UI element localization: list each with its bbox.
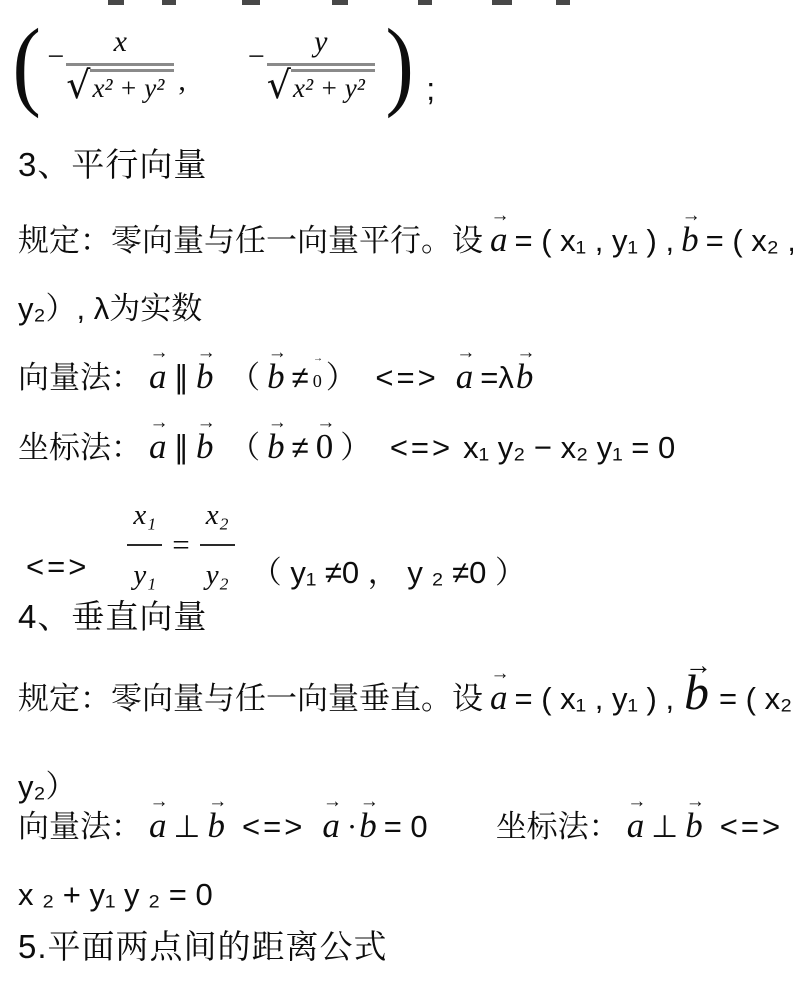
neq-symbol: ≠ [292,430,309,465]
coord-result: x₁ y₂ − x₂ y₁ = 0 [463,430,675,465]
numerator: x₂ [200,492,235,544]
vector-arrow-icon: → [268,343,287,362]
vector-a: →a [149,804,167,850]
coord-method-label: 坐标法： [496,809,620,844]
vector-arrow-icon: → [197,413,216,432]
vector-a: →a [627,804,645,850]
denominator-sqrt: √ x² + y² [66,66,174,104]
rule-text: 规定：零向量与任一向量垂直。设 [18,681,483,716]
parallel-symbol: ∥ [174,360,190,395]
close-paren: ） [340,430,371,465]
comma: , [178,64,186,98]
vector-arrow-icon: → [313,354,323,364]
equals-sign: = [172,522,189,568]
vector-arrow-icon: → [268,413,287,432]
clipped-text-artifact [332,0,348,5]
vector-zero: →0 [316,425,334,471]
section-4-rule-line: 规定：零向量与任一向量垂直。设→a= ( x₁ , y₁ ) ,→b= ( x₂… [18,668,793,722]
vector-b: →b [267,355,285,401]
vector-arrow-icon: → [197,343,216,362]
section-5-heading: 5.平面两点间的距离公式 [18,924,388,970]
section-4-overflow-line: x ₂ + y₁ y ₂ = 0 [18,872,213,918]
vector-arrow-icon: → [682,206,701,225]
iff-symbol: <=> [242,809,305,844]
vector-arrow-icon: → [516,343,535,362]
vector-a: →a [322,804,340,850]
clipped-text-artifact [556,0,570,5]
close-paren: ） [326,360,357,395]
iff-symbol: <=> [375,360,438,395]
open-paren: （ [229,360,260,395]
vector-b: →b [681,218,699,264]
section-3-coord-method: 坐标法：→a∥→b （→b≠→0） <=>x₁ y₂ − x₂ y₁ = 0 [18,425,675,471]
vector-arrow-icon: → [208,792,227,811]
vector-a: →a [149,425,167,471]
section-3-equiv-line: <=> x₁ y₁ = x₂ y₂ （ y₁ ≠0 ， y ₂ ≠0 ） [16,492,526,598]
a-definition: = ( x₁ , y₁ ) , [515,681,675,716]
unit-vector-formula: ( − x √ x² + y² , − y √ x² + y² ) ; [10,8,435,120]
sqrt-icon: √ [267,66,291,104]
lambda-symbol: λ [498,360,514,395]
b-definition: = ( x₂ , [706,223,793,258]
section-4-heading: 4、垂直向量 [18,594,207,640]
perp-symbol: ⊥ [174,809,201,844]
equiv-conditions: （ y₁ ≠0 ， y ₂ ≠0 ） [251,550,526,596]
vector-a: →a [490,676,508,722]
vector-arrow-icon: → [456,343,475,362]
iff-symbol: <=> [26,544,89,590]
denominator: y₂ [200,544,235,598]
vector-method-label: 向量法： [18,809,142,844]
sqrt-icon: √ [66,66,90,104]
vector-a: →a [456,355,474,401]
numerator-x: x [114,25,127,63]
clipped-text-artifact [418,0,432,5]
vector-zero-small: →0 [313,360,322,406]
perp-symbol: ⊥ [651,809,678,844]
iff-symbol: <=> [390,430,453,465]
rule-text: 规定：零向量与任一向量平行。设 [18,223,483,258]
neq-symbol: ≠ [292,360,309,395]
vector-method-label: 向量法： [18,360,142,395]
dot-product-symbol: · [347,809,357,844]
vector-result: = 0 [384,809,428,844]
vector-b: →b [196,355,214,401]
clipped-text-artifact [492,0,512,5]
numerator-y: y [314,25,327,63]
vector-b: →b [196,425,214,471]
radicand: x² + y² [90,69,174,104]
close-paren: ) [385,14,413,114]
vector-arrow-icon: → [685,652,712,679]
vector-b: →b [685,804,703,850]
math-notes-page: ( − x √ x² + y² , − y √ x² + y² ) ; 3、平行… [0,0,793,991]
b-definition: = ( x₂ , [719,681,793,716]
semicolon: ; [426,71,435,108]
vector-arrow-icon: → [627,792,646,811]
vector-arrow-icon: → [360,792,379,811]
vector-arrow-icon: → [150,413,169,432]
minus-sign: − [248,40,265,74]
fraction-y-over-sqrt: y √ x² + y² [267,25,375,104]
fraction-x1-y1: x₁ y₁ [127,492,162,598]
vector-arrow-icon: → [491,206,510,225]
vector-arrow-icon: → [491,664,510,683]
radicand: x² + y² [291,69,375,104]
iff-symbol: <=> [720,809,783,844]
open-paren: （ [229,430,260,465]
coord-method-label: 坐标法： [18,430,142,465]
section-3-vector-method: 向量法：→a∥→b （→b≠→0） <=>→a=λ→b [18,355,540,406]
vector-b: →b [208,804,226,850]
equals-sign: = [480,360,498,395]
vector-b: →b [359,804,377,850]
denominator-sqrt: √ x² + y² [267,66,375,104]
section-3-heading: 3、平行向量 [18,142,207,188]
vector-arrow-icon: → [323,792,342,811]
open-paren: ( [12,14,40,114]
parallel-symbol: ∥ [174,430,190,465]
vector-a: →a [149,355,167,401]
vector-arrow-icon: → [686,792,705,811]
vector-b: →b [267,425,285,471]
clipped-text-artifact [162,0,176,5]
vector-arrow-icon: → [150,792,169,811]
minus-sign: − [47,40,64,74]
vector-a: →a [490,218,508,264]
section-3-rule-line: 规定：零向量与任一向量平行。设→a= ( x₁ , y₁ ) ,→b= ( x₂… [18,218,793,264]
section-3-wrap-line: y₂）, λ为实数 [18,286,202,332]
numerator: x₁ [127,492,162,544]
vector-b: →b [516,355,534,401]
clipped-text-artifact [108,0,124,5]
vector-arrow-icon: → [150,343,169,362]
section-4-methods-line: 向量法：→a⊥→b<=>→a·→b= 0坐标法：→a⊥→b<=>x₁ [18,804,793,850]
fraction-x-over-sqrt: x √ x² + y² [66,25,174,104]
denominator: y₁ [127,544,162,598]
vector-arrow-icon: → [316,413,335,432]
fraction-x2-y2: x₂ y₂ [200,492,235,598]
vector-b-large: →b [684,668,709,718]
clipped-text-artifact [242,0,260,5]
a-definition: = ( x₁ , y₁ ) , [515,223,675,258]
